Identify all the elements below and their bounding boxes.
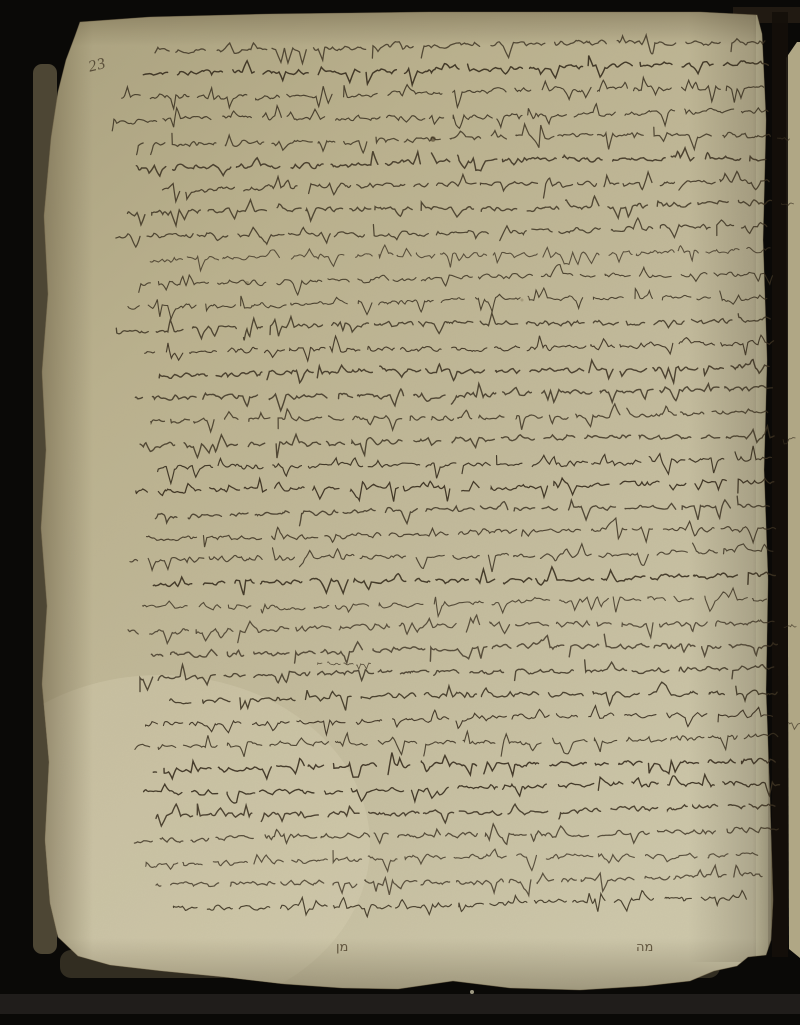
- manuscript-scan-photo: 23 מן מה: [0, 0, 800, 1025]
- catchword-right: מה: [636, 940, 653, 955]
- paper-shading-layer: [0, 12, 774, 1015]
- gutter-shadow: [772, 12, 788, 957]
- dust-speck: [470, 990, 474, 994]
- catchword-center: מן: [336, 940, 348, 955]
- scanned-page-image: 23 מן מה: [0, 0, 800, 1025]
- paper-grain-texture: [41, 12, 774, 992]
- book-board-edge: [0, 994, 800, 1014]
